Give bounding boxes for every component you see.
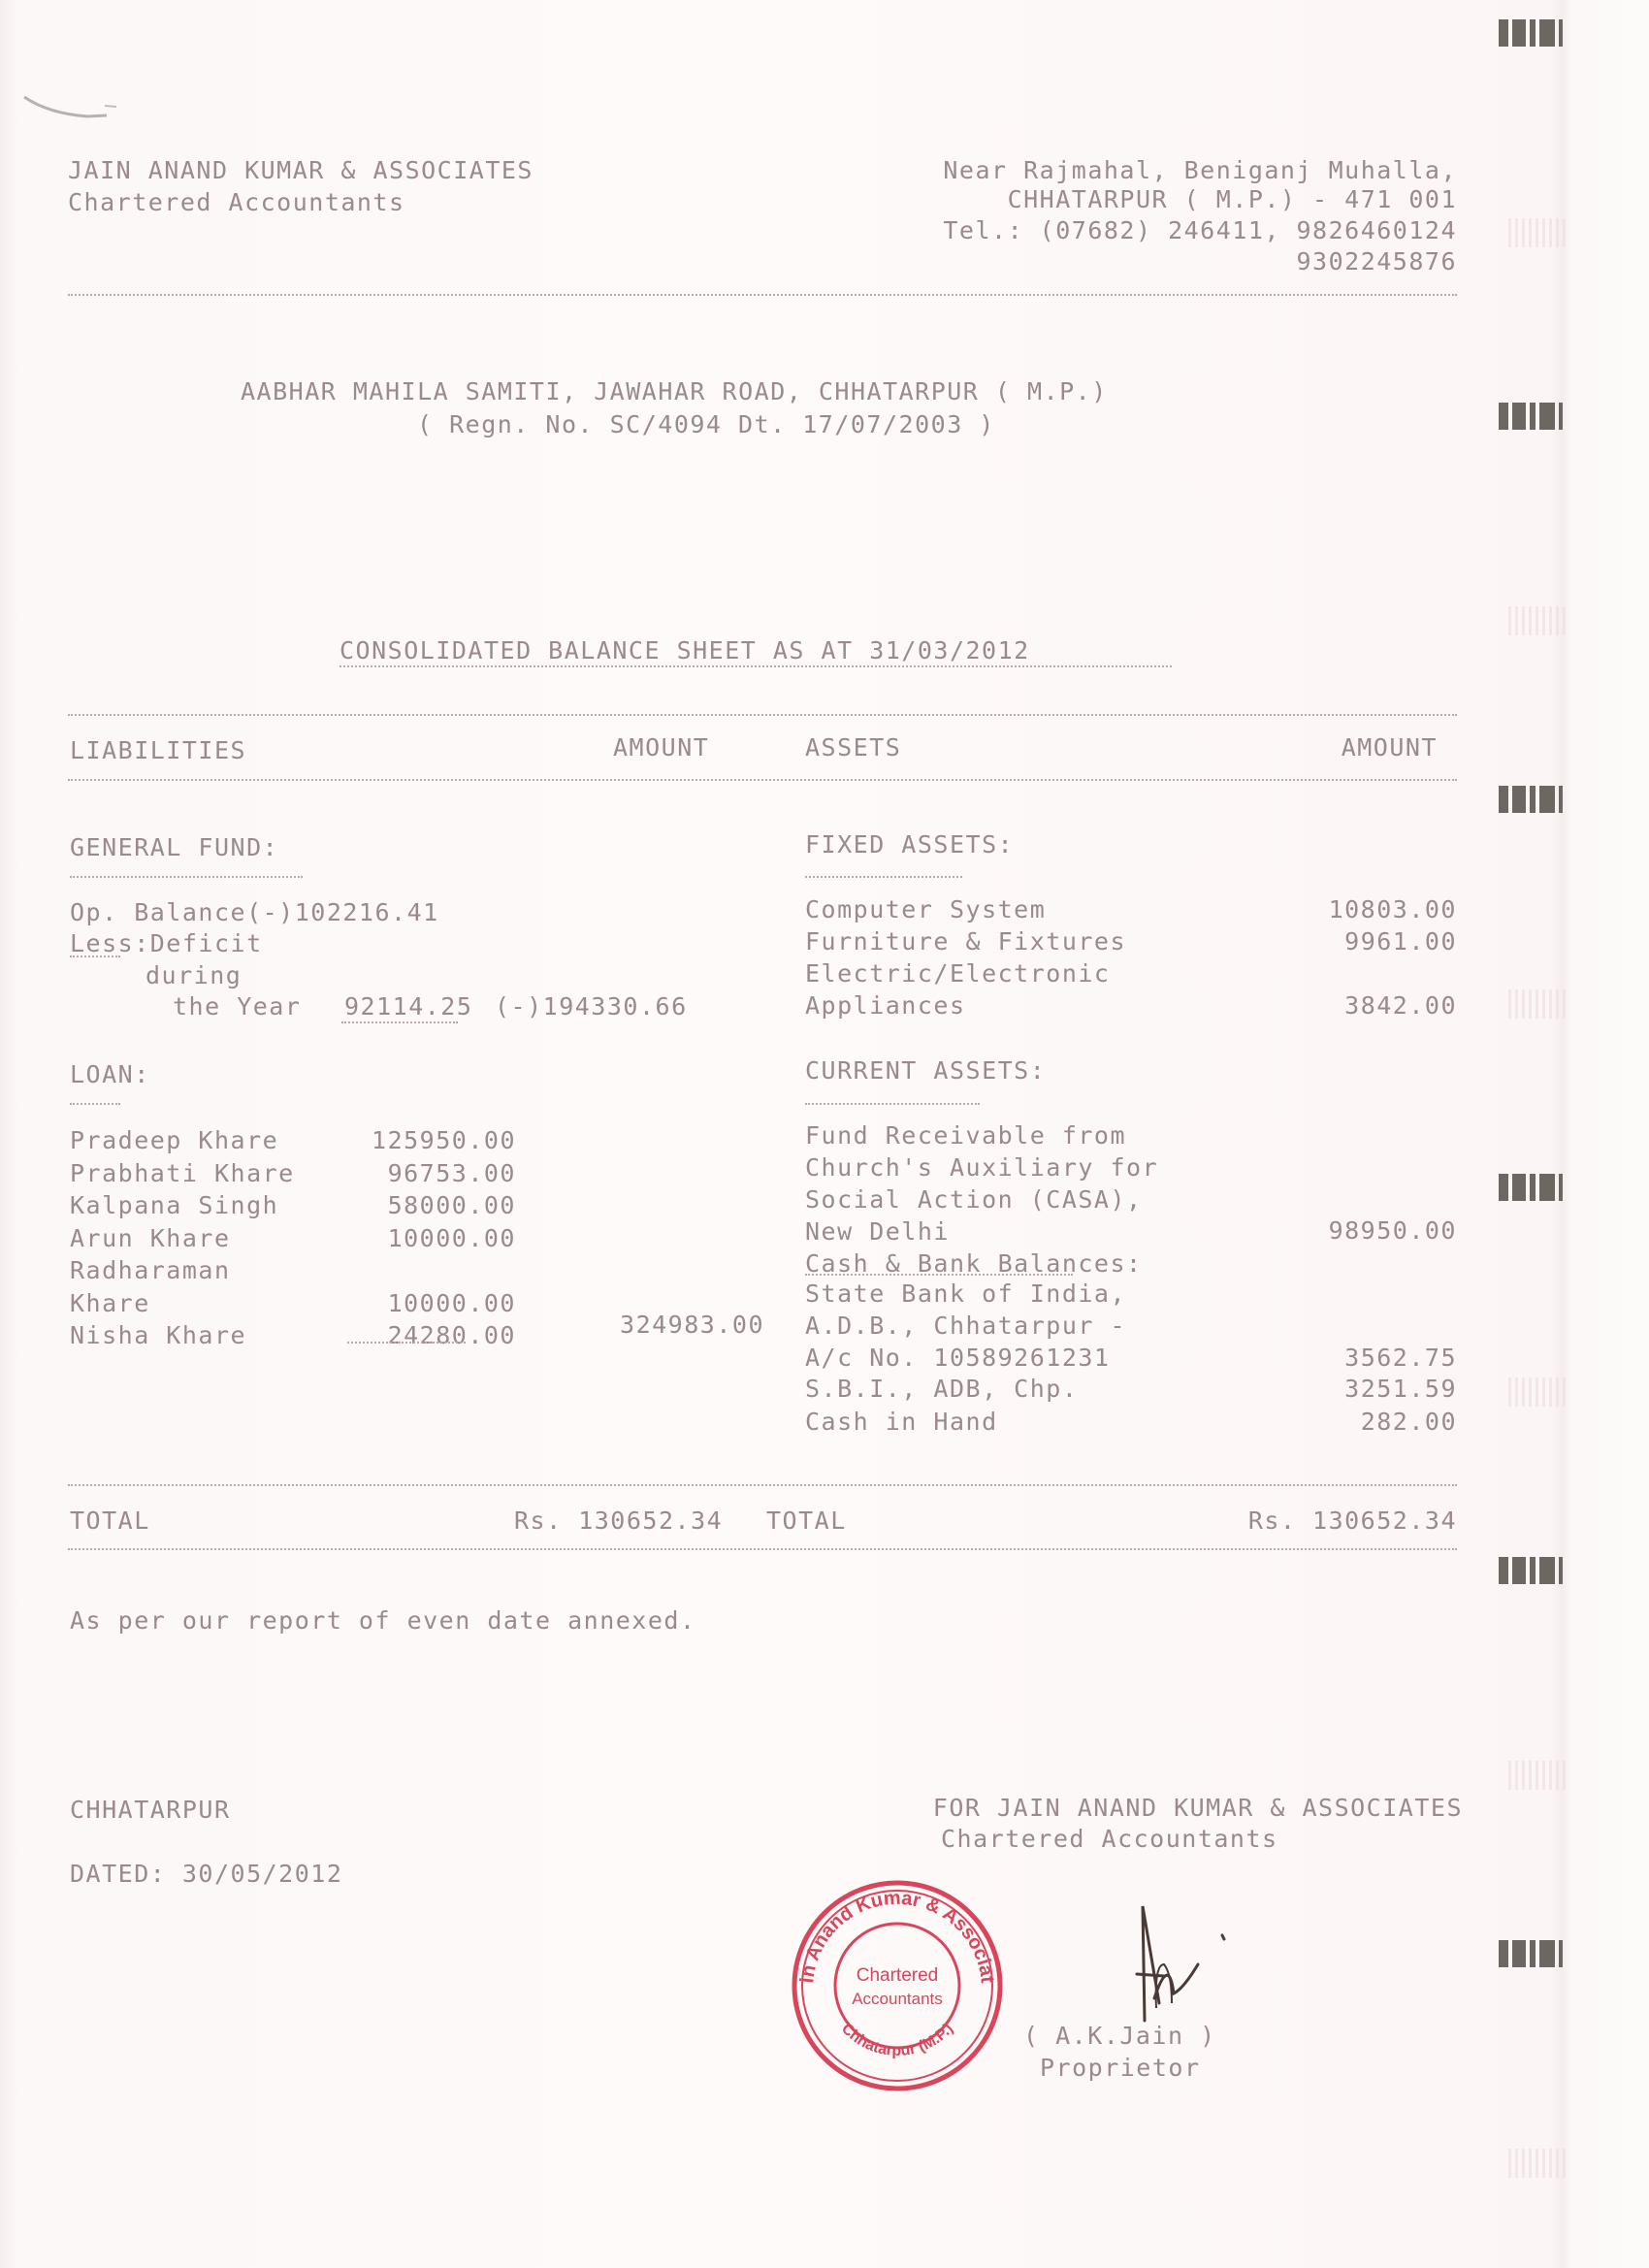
printer-feed-mark bbox=[1499, 19, 1567, 47]
fixed-asset-amount: 3842.00 bbox=[1344, 990, 1457, 1021]
heading-underline bbox=[805, 1103, 980, 1105]
firm-address-line2: CHHATARPUR ( M.P.) - 471 001 bbox=[1008, 184, 1457, 215]
heading-underline bbox=[70, 1103, 120, 1105]
total-left-amount: Rs. 130652.34 bbox=[514, 1506, 723, 1537]
faint-feed-mark bbox=[1508, 2149, 1567, 2178]
fixed-asset-name: Furniture & Fixtures bbox=[805, 926, 1126, 957]
printer-feed-mark bbox=[1499, 403, 1567, 430]
firm-address-line1: Near Rajmahal, Beniganj Muhalla, bbox=[943, 155, 1457, 186]
loan-amount: 96753.00 bbox=[388, 1158, 516, 1189]
loan-heading: LOAN: bbox=[70, 1059, 150, 1090]
stamp-center-line1: Chartered bbox=[857, 1965, 939, 1986]
divider bbox=[68, 294, 1457, 296]
loan-name: Nisha Khare bbox=[70, 1320, 246, 1351]
firm-subtitle: Chartered Accountants bbox=[68, 187, 405, 218]
faint-feed-mark bbox=[1508, 218, 1567, 247]
deficit-amount: 92114.25 bbox=[344, 991, 472, 1022]
fixed-assets-heading: FIXED ASSETS: bbox=[805, 829, 1014, 860]
stamp-center-line2: Accountants bbox=[852, 1990, 943, 2008]
loan-amount: 125950.00 bbox=[372, 1125, 516, 1156]
fixed-asset-name: Electric/Electronic bbox=[805, 958, 1110, 989]
firm-telephone: Tel.: (07682) 246411, 9826460124 bbox=[943, 215, 1457, 246]
loan-name: Prabhati Khare bbox=[70, 1158, 295, 1189]
firm-telephone-2: 9302245876 bbox=[1296, 246, 1457, 277]
total-right-amount: Rs. 130652.34 bbox=[1248, 1506, 1457, 1537]
loan-amount: 10000.00 bbox=[388, 1288, 516, 1319]
cash-in-hand-amount: 282.00 bbox=[1361, 1407, 1457, 1438]
fund-receivable-amount: 98950.00 bbox=[1329, 1215, 1457, 1247]
ink-smudge bbox=[19, 92, 126, 121]
op-balance: Op. Balance(-)102216.41 bbox=[70, 897, 439, 928]
total-right-label: TOTAL bbox=[766, 1506, 847, 1537]
divider bbox=[68, 779, 1457, 781]
current-assets-heading: CURRENT ASSETS: bbox=[805, 1055, 1046, 1086]
fund-receivable-line: Church's Auxiliary for bbox=[805, 1152, 1158, 1183]
for-firm: FOR JAIN ANAND KUMAR & ASSOCIATES bbox=[933, 1793, 1463, 1824]
signatory-designation: Proprietor bbox=[1040, 2053, 1201, 2084]
title-underline bbox=[339, 665, 1172, 667]
fixed-asset-name: Appliances bbox=[805, 990, 966, 1021]
loan-amount: 58000.00 bbox=[388, 1190, 516, 1221]
place: CHHATARPUR bbox=[70, 1795, 231, 1826]
stamp-bottom-text: Chhatarpur (M.P.) bbox=[838, 2021, 956, 2059]
heading-underline bbox=[70, 876, 303, 878]
general-fund-total: (-)194330.66 bbox=[495, 991, 688, 1022]
svg-text:Chhatarpur (M.P.): Chhatarpur (M.P.) bbox=[838, 2021, 956, 2059]
total-left-label: TOTAL bbox=[70, 1506, 150, 1537]
date: DATED: 30/05/2012 bbox=[70, 1859, 342, 1890]
loan-name: Khare bbox=[70, 1288, 150, 1319]
bank-line: State Bank of India, bbox=[805, 1279, 1126, 1310]
cash-heading-underline bbox=[805, 1274, 1073, 1276]
for-firm-subtitle: Chartered Accountants bbox=[941, 1824, 1278, 1855]
faint-feed-mark bbox=[1508, 606, 1567, 635]
firm-seal-stamp: Jain Anand Kumar & Associates Chhatarpur… bbox=[786, 1874, 1009, 2097]
faint-feed-mark bbox=[1508, 1761, 1567, 1790]
signatory-name: ( A.K.Jain ) bbox=[1023, 2021, 1216, 2052]
header-liabilities: LIABILITIES bbox=[70, 735, 246, 766]
divider bbox=[68, 1548, 1457, 1550]
signature bbox=[1115, 1896, 1261, 2023]
loan-amount: 24280.00 bbox=[388, 1320, 516, 1351]
during-label: during bbox=[145, 960, 242, 991]
fixed-asset-name: Computer System bbox=[805, 894, 1046, 925]
general-fund-heading: GENERAL FUND: bbox=[70, 832, 278, 863]
loan-name: Pradeep Khare bbox=[70, 1125, 278, 1156]
loan-name: Radharaman bbox=[70, 1255, 231, 1286]
header-amount-left: AMOUNT bbox=[613, 732, 709, 763]
cash-in-hand-label: Cash in Hand bbox=[805, 1407, 998, 1438]
printer-feed-mark bbox=[1499, 1557, 1567, 1584]
sbi-label: S.B.I., ADB, Chp. bbox=[805, 1374, 1078, 1405]
loan-amount: 10000.00 bbox=[388, 1223, 516, 1254]
loan-name: Arun Khare bbox=[70, 1223, 231, 1254]
printer-feed-mark bbox=[1499, 1940, 1567, 1967]
header-amount-right: AMOUNT bbox=[1342, 732, 1438, 763]
bank-line: A/c No. 10589261231 bbox=[805, 1343, 1110, 1374]
sbi-amount: 3251.59 bbox=[1344, 1374, 1457, 1405]
loan-underline bbox=[347, 1342, 466, 1344]
less-underline bbox=[70, 956, 120, 957]
page-title: CONSOLIDATED BALANCE SHEET AS AT 31/03/2… bbox=[339, 635, 1030, 666]
client-name: AABHAR MAHILA SAMITI, JAWAHAR ROAD, CHHA… bbox=[241, 376, 1108, 407]
divider bbox=[68, 714, 1457, 716]
fund-receivable-line: New Delhi bbox=[805, 1216, 950, 1247]
divider bbox=[68, 1484, 1457, 1486]
firm-name: JAIN ANAND KUMAR & ASSOCIATES bbox=[68, 155, 533, 186]
printer-feed-mark bbox=[1499, 1174, 1567, 1201]
the-year-label: the Year bbox=[173, 991, 301, 1022]
loan-name: Kalpana Singh bbox=[70, 1190, 278, 1221]
fixed-asset-amount: 9961.00 bbox=[1344, 926, 1457, 957]
deficit-underline bbox=[341, 1021, 458, 1023]
faint-feed-mark bbox=[1508, 1377, 1567, 1407]
fund-receivable-line: Social Action (CASA), bbox=[805, 1184, 1143, 1215]
printer-feed-mark bbox=[1499, 786, 1567, 813]
header-assets: ASSETS bbox=[805, 732, 901, 763]
fund-receivable-line: Fund Receivable from bbox=[805, 1120, 1126, 1151]
fixed-asset-amount: 10803.00 bbox=[1329, 894, 1457, 925]
loan-total: 324983.00 bbox=[620, 1310, 764, 1341]
bank-line: A.D.B., Chhatarpur - bbox=[805, 1311, 1126, 1342]
heading-underline bbox=[805, 876, 962, 878]
bank-amount: 3562.75 bbox=[1344, 1343, 1457, 1374]
client-registration: ( Regn. No. SC/4094 Dt. 17/07/2003 ) bbox=[417, 409, 995, 440]
report-note: As per our report of even date annexed. bbox=[70, 1605, 696, 1636]
faint-feed-mark bbox=[1508, 989, 1567, 1019]
